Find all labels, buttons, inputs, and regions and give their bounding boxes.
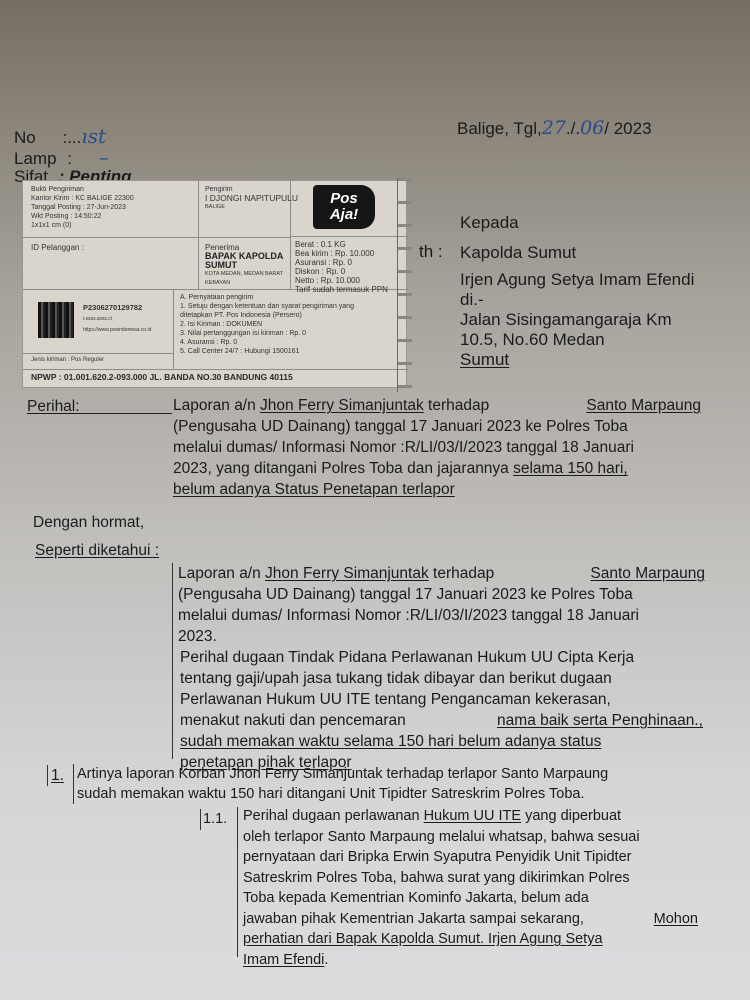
- receipt-fees: Berat : 0.1 KG Bea kirim : Rp. 10.000 As…: [291, 238, 392, 296]
- receipt-tracking: P2306270129782 i.ssss.ssss.ci https://ww…: [79, 301, 155, 337]
- item-1-number: 1.: [47, 765, 64, 786]
- recipient-province: Sumut: [460, 350, 694, 370]
- item-1-1-bracket: [237, 807, 238, 957]
- item-1-text: Artinya laporan Korban Jhon Ferry Simanj…: [73, 764, 717, 804]
- intro-heading: Seperti diketahui :: [35, 540, 159, 561]
- perforated-edge: [397, 178, 412, 392]
- perihal-label-text: Perihal:: [27, 398, 80, 415]
- place-date: Balige, Tgl,27./.06/ 2023: [457, 118, 652, 139]
- recipient-city: 10.5, No.60 Medan: [460, 330, 694, 350]
- pos-aja-logo: Pos Aja!: [313, 185, 375, 229]
- npwp: NPWP : 01.001.620.2-093.000 JL. BANDA NO…: [27, 370, 297, 384]
- paragraph-1: Laporan a/n Jhon Ferry Simanjuntak terha…: [178, 563, 705, 647]
- customer-id: ID Pelanggan :: [27, 241, 88, 254]
- lamp-label: Lamp: [14, 149, 57, 168]
- letter-number: No :...ıst: [14, 126, 106, 148]
- date-day: 27: [542, 117, 566, 139]
- receipt-recipient: Penerima BAPAK KAPOLDA SUMUT KOTA MEDAN,…: [201, 241, 287, 290]
- item-1-1-text: Perihal dugaan perlawanan Hukum UU ITE y…: [243, 806, 698, 970]
- date-month: 06: [580, 117, 604, 139]
- recipient-block: Kepada Kapolda Sumut Irjen Agung Setya I…: [460, 212, 694, 370]
- date-sep: ./.: [566, 119, 580, 138]
- paragraph-bracket: [172, 563, 173, 759]
- perihal-text: Laporan a/n Jhon Ferry Simanjuntak terha…: [173, 395, 701, 500]
- lamp-handwritten: –: [99, 145, 109, 169]
- service-type: Jenis kiriman : Pos Reguler: [27, 355, 108, 365]
- receipt-origin: Bukti Pengiriman Kantor Kirim : KC BALIG…: [27, 183, 138, 232]
- kepada: Kepada: [460, 212, 694, 234]
- lamp-value: :: [67, 149, 72, 168]
- greeting: Dengan hormat,: [33, 512, 144, 533]
- tracking-number: P2306270129782: [83, 303, 151, 312]
- no-label: No: [14, 128, 36, 147]
- receipt-sender: Pengirim I DJONGI NAPITUPULU BALIGE: [201, 183, 302, 214]
- qr-code: [38, 302, 74, 338]
- no-value: :...: [62, 128, 81, 147]
- date-year: / 2023: [604, 119, 651, 138]
- recipient-name: Irjen Agung Setya Imam Efendi: [460, 270, 694, 290]
- postal-receipt: Bukti Pengiriman Kantor Kirim : KC BALIG…: [22, 180, 407, 388]
- yth-fragment: th :: [419, 242, 443, 262]
- recipient-street: Jalan Sisingamangaraja Km: [460, 310, 694, 330]
- item-1-1-number: 1.1.: [200, 809, 227, 830]
- recipient-title: Kapolda Sumut: [460, 242, 694, 264]
- sender-statement: A. Pernyataan pengirim 1. Setuju dengan …: [176, 291, 358, 358]
- attachment-line: Lamp : –: [14, 147, 109, 169]
- place-prefix: Balige, Tgl,: [457, 119, 542, 138]
- recipient-di: di.-: [460, 290, 694, 310]
- perihal-label: Perihal:: [27, 396, 172, 414]
- paragraph-2: Perihal dugaan Tindak Pidana Perlawanan …: [180, 647, 703, 773]
